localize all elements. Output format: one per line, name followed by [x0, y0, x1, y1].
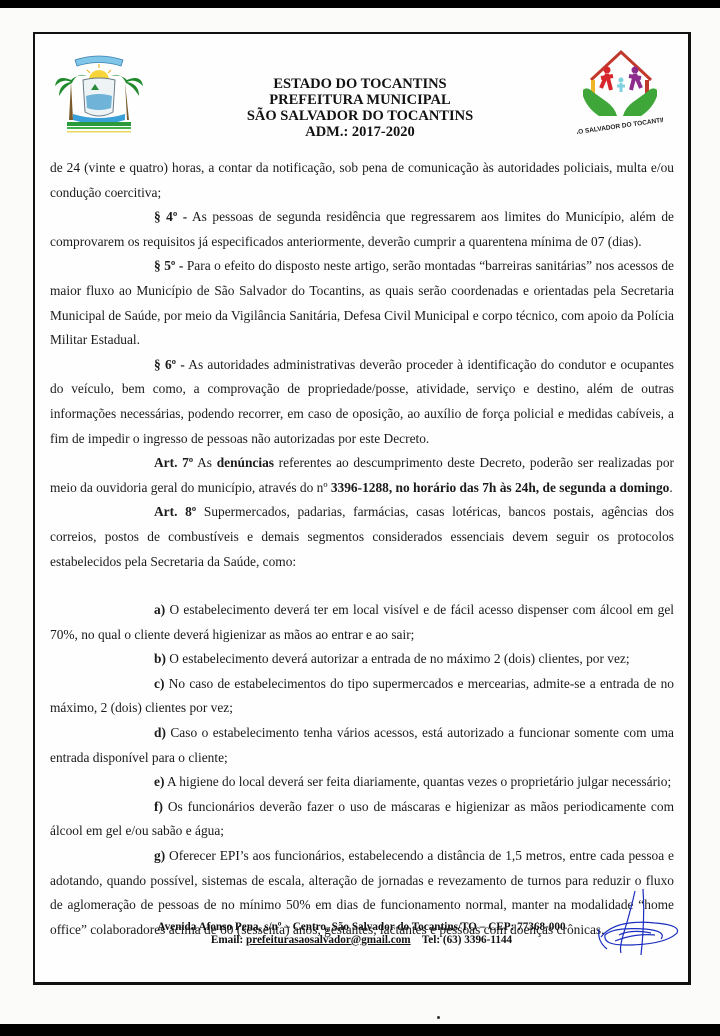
list-item-label: a): [154, 602, 165, 617]
continued-paragraph: de 24 (vinte e quatro) horas, a contar d…: [50, 156, 674, 205]
letterhead-footer: Avenida Afonso Pena, s/nº – Centro, São …: [35, 921, 688, 946]
list-item-e: e) A higiene do local deverá ser feita d…: [50, 770, 674, 795]
article-7-text-c: .: [669, 480, 672, 495]
contact-line: Email: prefeiturasaosalvador@gmail.com T…: [35, 934, 688, 947]
paragraph-4-text: As pessoas de segunda residência que reg…: [50, 209, 674, 249]
article-8: Art. 8º Supermercados, padarias, farmáci…: [50, 500, 674, 574]
spacer: [50, 574, 674, 598]
list-item-text: Os funcionários deverão fazer o uso de m…: [50, 799, 674, 839]
paragraph-6-text: As autoridades administrativas deverão p…: [50, 357, 674, 446]
municipality-name: SÃO SALVADOR DO TOCANTINS: [185, 108, 535, 124]
article-7: Art. 7º As denúncias referentes ao descu…: [50, 451, 674, 500]
state-name: ESTADO DO TOCANTINS: [185, 76, 535, 92]
list-item-d: d) Caso o estabelecimento tenha vários a…: [50, 721, 674, 770]
paragraph-5-label: § 5º -: [154, 258, 183, 273]
logo-right-caption: SÃO SALVADOR DO TOCANTINS: [577, 114, 663, 134]
decree-body: de 24 (vinte e quatro) horas, a contar d…: [50, 156, 674, 942]
list-item-label: c): [154, 676, 164, 691]
paragraph-5: § 5º - Para o efeito do disposto neste a…: [50, 254, 674, 352]
paragraph-6: § 6º - As autoridades administrativas de…: [50, 353, 674, 451]
article-7-bold-denuncias: denúncias: [217, 455, 274, 470]
list-item-c: c) No caso de estabelecimentos do tipo s…: [50, 672, 674, 721]
article-8-text: Supermercados, padarias, farmácias, casa…: [50, 504, 674, 568]
article-7-bold-phone-hours: 3396-1288, no horário das 7h às 24h, de …: [331, 480, 670, 495]
article-7-label: Art. 7º: [154, 455, 193, 470]
list-item-b: b) O estabelecimento deverá autorizar a …: [50, 647, 674, 672]
email-link[interactable]: prefeiturasaosalvador@gmail.com: [246, 934, 411, 946]
scanned-page: ESTADO DO TOCANTINS PREFEITURA MUNICIPAL…: [0, 8, 720, 1024]
prefecture-name: PREFEITURA MUNICIPAL: [185, 92, 535, 108]
social-logo-icon: SÃO SALVADOR DO TOCANTINS: [577, 46, 663, 134]
list-item-label: e): [154, 774, 164, 789]
scan-speck: [437, 1016, 440, 1019]
list-item-text: No caso de estabelecimentos do tipo supe…: [50, 676, 674, 716]
list-item-text: Caso o estabelecimento tenha vários aces…: [50, 725, 674, 765]
list-item-label: b): [154, 651, 166, 666]
article-8-label: Art. 8º: [154, 504, 196, 519]
administration-period: ADM.: 2017-2020: [185, 124, 535, 140]
document-frame: ESTADO DO TOCANTINS PREFEITURA MUNICIPAL…: [33, 32, 691, 985]
list-item-text: A higiene do local deverá ser feita diar…: [164, 774, 671, 789]
paragraph-4: § 4º - As pessoas de segunda residência …: [50, 205, 674, 254]
article-7-text-a: As: [193, 455, 216, 470]
list-item-a: a) O estabelecimento deverá ter em local…: [50, 598, 674, 647]
telephone: Tel: (63) 3396-1144: [422, 934, 512, 946]
letterhead: ESTADO DO TOCANTINS PREFEITURA MUNICIPAL…: [35, 34, 688, 144]
paragraph-5-text: Para o efeito do disposto neste artigo, …: [50, 258, 674, 347]
list-item-label: g): [154, 848, 165, 863]
list-item-text: O estabelecimento deverá autorizar a ent…: [166, 651, 630, 666]
coat-of-arms-icon: [53, 50, 145, 136]
paragraph-6-label: § 6º -: [154, 357, 185, 372]
letterhead-title: ESTADO DO TOCANTINS PREFEITURA MUNICIPAL…: [185, 76, 535, 140]
list-item-f: f) Os funcionários deverão fazer o uso d…: [50, 795, 674, 844]
paragraph-4-label: § 4º -: [154, 209, 187, 224]
email-label: Email:: [211, 934, 246, 946]
list-item-text: O estabelecimento deverá ter em local vi…: [50, 602, 674, 642]
list-item-label: f): [154, 799, 163, 814]
list-item-label: d): [154, 725, 166, 740]
address: Avenida Afonso Pena, s/nº – Centro, São …: [35, 921, 688, 934]
